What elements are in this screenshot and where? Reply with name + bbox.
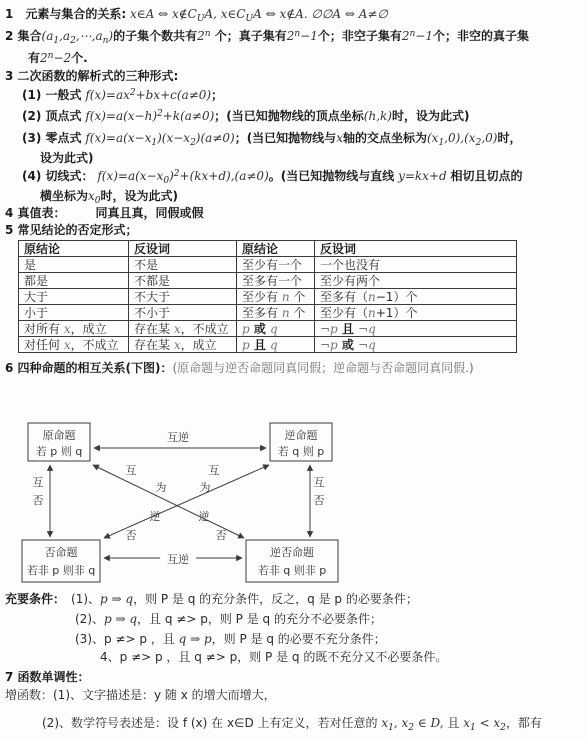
negation-table: 原结论 反设词 原结论 反设词 是 不是 至少有一个 一个也没有 都是 不都是 …	[18, 240, 517, 353]
label-top-huni: 互逆	[167, 431, 189, 444]
line-sufficient-necessary-1: 充要条件： (1)、p ⇒ q，则 P 是 q 的充分条件，反之，q 是 p 的…	[5, 592, 418, 607]
table-row: 对任何 x，不成立 存在某 x，成立 p 且 q ¬p 或 ¬q	[19, 337, 517, 353]
table-cell: 至少有（n+1）个	[315, 305, 517, 321]
line-monotonicity-title: 7 函数单调性：	[5, 670, 90, 685]
table-cell: 对所有 x，成立	[19, 321, 129, 337]
table-row: 大于 不大于 至少有 n 个 至多有（n−1）个	[19, 289, 517, 305]
line-subset-count-cont: 有2n−2个.	[28, 51, 88, 68]
label-left-fou: 否	[33, 494, 44, 507]
box-inverse-title: 否命题	[45, 545, 78, 559]
diag-label-fou-left: 否	[126, 529, 137, 542]
arrow-diag-tl-br	[93, 465, 244, 538]
diag-label-wei-right: 为	[200, 480, 211, 494]
diag-label-fou-right: 否	[216, 529, 227, 542]
table-header-row: 原结论 反设词 原结论 反设词	[19, 241, 517, 257]
line-four-propositions-title: 6 四种命题的相互关系(下图)：(原命题与逆否命题同真同假；逆命题与否命题同真同…	[5, 361, 474, 376]
line-quadratic-forms-title: 3 二次函数的解析式的三种形式:	[5, 69, 178, 84]
table-header-cell: 原结论	[237, 241, 315, 257]
table-cell: 至少有一个	[237, 257, 315, 273]
table-cell: 大于	[19, 289, 129, 305]
box-inverse-statement: 若非 p 则非 q	[27, 563, 95, 577]
label-right-hu: 互	[314, 476, 325, 489]
table-header-cell: 反设词	[315, 241, 517, 257]
line-sufficient-necessary-2: (2)、p ⇒ q，且 q ≠> p，则 P 是 q 的充分不必要条件；	[75, 612, 382, 627]
table-cell: 至多有 n 个	[237, 305, 315, 321]
line-sufficient-necessary-3: (3)、p ≠> p ，且 q ⇒ p，则 P 是 q 的必要不充分条件；	[75, 632, 386, 647]
line-truth-table: 4 真值表： 同真且真，同假或假	[5, 206, 204, 221]
table-cell: 至多有（n−1）个	[315, 289, 517, 305]
table-cell: 存在某 x，成立	[129, 337, 237, 353]
table-cell: p 且 q	[237, 337, 315, 353]
table-cell: 对任何 x，不成立	[19, 337, 129, 353]
line-increasing-symbolic: (2)、数学符号表述是：设 f (x) 在 x∈D 上有定义，若对任意的 x1,…	[42, 716, 542, 733]
line-subset-count: 2 集合(a1,a2,⋯,an)的子集个数共有2n 个；真子集有2n−1个；非空…	[5, 29, 529, 46]
line-negation-title: 5 常见结论的否定形式；	[5, 223, 138, 238]
table-cell: 存在某 x，不成立	[129, 321, 237, 337]
line-sufficient-necessary-4: 4、p ≠> p ，且 q ≠> p，则 P 是 q 的既不充分又不必要条件。	[100, 650, 447, 665]
table-cell: ¬p 且 ¬q	[315, 321, 517, 337]
box-contrapositive-statement: 若非 q 则非 p	[258, 563, 326, 577]
table-cell: 都是	[19, 273, 129, 289]
table-cell: 至多有一个	[237, 273, 315, 289]
label-left-hu: 互	[33, 476, 44, 489]
table-header-cell: 原结论	[19, 241, 129, 257]
box-converse-statement: 若 q 则 p	[278, 444, 324, 458]
table-cell: 至少有两个	[315, 273, 517, 289]
box-converse-title: 逆命题	[285, 428, 318, 442]
line-element-set-relation: 1 元素与集合的关系: x∈A ⇔ x∉CUA, x∈CUA ⇔ x∉A. ∅∅…	[5, 7, 388, 24]
label-bottom-huni: 互逆	[167, 553, 189, 566]
diag-label-ni-left: 逆	[150, 510, 161, 523]
propositions-diagram: 原命题 若 p 则 q 逆命题 若 q 则 p 否命题 若非 p 则非 q 逆否…	[18, 418, 360, 595]
line-zero-form: (3) 零点式 f(x)=a(x−x1)(x−x2)(a≠0)；(当已知抛物线与…	[22, 131, 521, 148]
diag-label-hu-left: 互	[126, 464, 137, 477]
math-notes-page: 1 元素与集合的关系: x∈A ⇔ x∉CUA, x∈CUA ⇔ x∉A. ∅∅…	[0, 0, 587, 740]
table-cell: ¬p 或 ¬q	[315, 337, 517, 353]
diag-label-wei-left: 为	[156, 480, 167, 494]
table-row: 是 不是 至少有一个 一个也没有	[19, 257, 517, 273]
table-cell: 至少有 n 个	[237, 289, 315, 305]
line-increasing-text: 增函数：(1)、文字描述是：y 随 x 的增大而增大，	[5, 688, 276, 703]
table-row: 都是 不都是 至多有一个 至少有两个	[19, 273, 517, 289]
table-row: 对所有 x，成立 存在某 x，不成立 p 或 q ¬p 且 ¬q	[19, 321, 517, 337]
table-cell: 小于	[19, 305, 129, 321]
label-right-fou: 否	[314, 494, 325, 507]
line-tangent-form-cont: 横坐标为x0时，设为此式)	[40, 189, 178, 206]
table-cell: 不小于	[129, 305, 237, 321]
diag-label-ni-right: 逆	[199, 510, 210, 523]
table-cell: 不都是	[129, 273, 237, 289]
table-cell: 不大于	[129, 289, 237, 305]
diag-label-hu-right: 互	[209, 464, 220, 477]
table-cell: 一个也没有	[315, 257, 517, 273]
table-cell: 不是	[129, 257, 237, 273]
table-header-cell: 反设词	[129, 241, 237, 257]
box-original-statement: 若 p 则 q	[36, 444, 82, 458]
box-original-title: 原命题	[43, 428, 76, 442]
box-contrapositive-title: 逆否命题	[270, 545, 314, 559]
table-cell: 是	[19, 257, 129, 273]
line-vertex-form: (2) 顶点式 f(x)=a(x−h)2+k(a≠0)；(当已知抛物线的顶点坐标…	[22, 109, 469, 126]
table-row: 小于 不小于 至多有 n 个 至少有（n+1）个	[19, 305, 517, 321]
table-cell: p 或 q	[237, 321, 315, 337]
line-tangent-form: (4) 切线式： f(x)=a(x−x0)2+(kx+d),(a≠0)。(当已知…	[22, 169, 523, 186]
line-general-form: (1) 一般式 f(x)=ax2+bx+c(a≠0)；	[22, 88, 223, 105]
line-zero-form-cont: 设为此式)	[40, 151, 94, 166]
